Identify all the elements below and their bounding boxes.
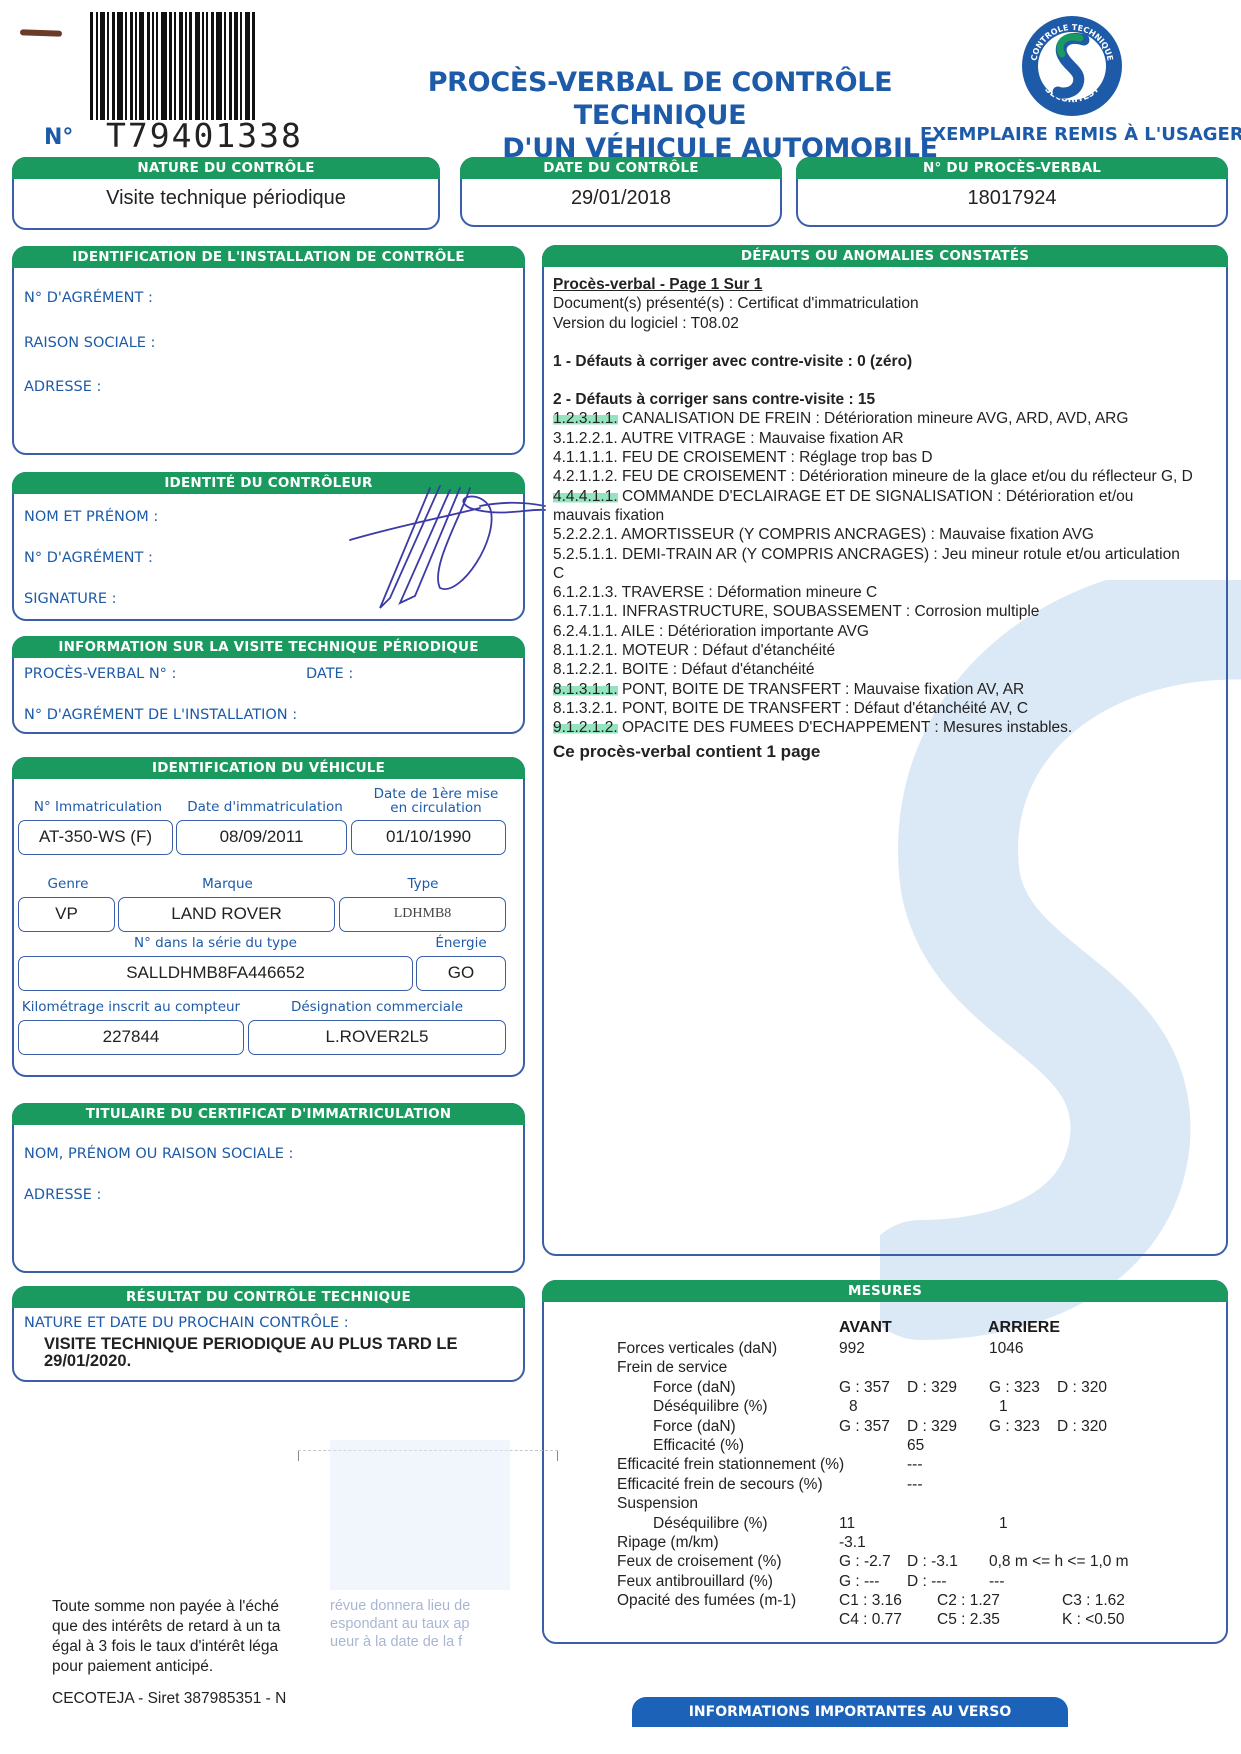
defect-text: TRAVERSE : Déformation mineure C: [618, 584, 878, 601]
defect-text: BOITE : Défaut d'étanchéité: [618, 661, 815, 678]
defauts-section1: 1 - Défauts à corriger avec contre-visit…: [553, 352, 1193, 371]
legal-line: pour paiement anticipé.: [52, 1657, 297, 1677]
designation-value: L.ROVER2L5: [248, 1020, 506, 1055]
defect-item: 9.1.2.1.2. OPACITE DES FUMEES D'ECHAPPEM…: [553, 718, 1193, 737]
defect-text: OPACITE DES FUMEES D'ECHAPPEMENT : Mesur…: [618, 719, 1073, 736]
mesures-value: C5 : 2.35: [937, 1610, 1000, 1629]
mesures-label: Force (daN): [653, 1378, 736, 1397]
mesures-label: Frein de service: [617, 1358, 727, 1377]
signature-icon: [330, 478, 550, 618]
defect-item: 6.1.2.1.3. TRAVERSE : Déformation mineur…: [553, 583, 1193, 602]
mesures-col-avant: AVANT: [839, 1319, 892, 1337]
serie-label: N° dans la série du type: [18, 936, 413, 950]
defauts-content: Procès-verbal - Page 1 Sur 1 Document(s)…: [553, 275, 1193, 761]
defavorable-pv-label: PROCÈS-VERBAL N° :: [24, 666, 176, 682]
prochain-controle-label: NATURE ET DATE DU PROCHAIN CONTRÔLE :: [24, 1315, 349, 1331]
defect-code: 5.2.2.2.1.: [553, 526, 618, 543]
mesures-value: 11: [839, 1514, 855, 1533]
mesures-label: Feux antibrouillard (%): [617, 1572, 773, 1591]
mesures-value: D : -3.1: [907, 1552, 958, 1571]
mesures-value: K : <0.50: [1062, 1610, 1124, 1629]
mesures-label: Efficacité frein de secours (%): [617, 1475, 823, 1494]
defect-code: 4.1.1.1.1.: [553, 449, 618, 466]
pv-number-value: 18017924: [798, 187, 1226, 210]
mesures-value: 1046: [989, 1339, 1023, 1358]
faded-line: révue donnera lieu de: [330, 1597, 510, 1615]
genre-label: Genre: [18, 877, 118, 891]
defect-text: COMMANDE D'ECLAIRAGE ET DE SIGNALISATION…: [553, 488, 1133, 524]
defect-item: 8.1.3.1.1. PONT, BOITE DE TRANSFERT : Ma…: [553, 680, 1193, 699]
defect-code: 4.2.1.1.2.: [553, 468, 618, 485]
defavorable-agrement-label: N° D'AGRÉMENT DE L'INSTALLATION :: [24, 707, 297, 723]
mesures-value: C4 : 0.77: [839, 1610, 902, 1629]
type-label: Type: [340, 877, 506, 891]
defect-code: 6.1.2.1.3.: [553, 584, 618, 601]
legal-notice: Toute somme non payée à l'échéque des in…: [52, 1597, 297, 1709]
verso-banner: INFORMATIONS IMPORTANTES AU VERSO: [632, 1697, 1068, 1727]
energie-label: Énergie: [416, 936, 506, 950]
defect-list: 1.2.3.1.1. CANALISATION DE FREIN : Détér…: [553, 409, 1193, 737]
defect-item: 6.2.4.1.1. AILE : Détérioration importan…: [553, 622, 1193, 641]
mesures-value: ---: [907, 1455, 923, 1474]
mesures-value: D : 329: [907, 1417, 957, 1436]
mesures-value: D : 320: [1057, 1417, 1107, 1436]
nature-controle-value: Visite technique périodique: [14, 187, 438, 210]
mesures-value: G : 323: [989, 1378, 1040, 1397]
defavorable-date-label: DATE :: [306, 666, 353, 682]
defect-text: FEU DE CROISEMENT : Réglage trop bas D: [618, 449, 933, 466]
mesures-value: G : 357: [839, 1417, 890, 1436]
nature-controle-box: NATURE DU CONTRÔLE Visite technique péri…: [12, 157, 440, 230]
installation-header: IDENTIFICATION DE L'INSTALLATION DE CONT…: [12, 246, 525, 268]
kilometrage-label: Kilométrage inscrit au compteur: [18, 1000, 244, 1014]
defect-text: AMORTISSEUR (Y COMPRIS ANCRAGES) : Mauva…: [618, 526, 1094, 543]
pen-mark: [20, 29, 62, 36]
barcode: [90, 12, 312, 120]
mesures-value: 1: [999, 1514, 1008, 1533]
defect-text: CANALISATION DE FREIN : Détérioration mi…: [618, 410, 1129, 427]
adresse-label: ADRESSE :: [24, 379, 101, 395]
mesures-value: 0,8 m <= h <= 1,0 m: [989, 1552, 1129, 1571]
mesures-value: 8: [849, 1397, 858, 1416]
defect-text: AILE : Détérioration importante AVG: [618, 623, 869, 640]
defavorable-header: INFORMATION SUR LA VISITE TECHNIQUE PÉRI…: [12, 636, 525, 658]
nature-controle-header: NATURE DU CONTRÔLE: [12, 157, 440, 179]
mesures-label: Efficacité frein stationnement (%): [617, 1455, 844, 1474]
signature-label: SIGNATURE :: [24, 591, 117, 607]
mesures-value: C1 : 3.16: [839, 1591, 902, 1610]
defect-item: 8.1.2.2.1. BOITE : Défaut d'étanchéité: [553, 660, 1193, 679]
defect-text: FEU DE CROISEMENT : Détérioration mineur…: [618, 468, 1193, 485]
defect-code: 8.1.3.2.1.: [553, 700, 618, 717]
page-title: PROCÈS-VERBAL DE CONTRÔLE TECHNIQUE D'UN…: [340, 66, 980, 165]
defect-item: 4.2.1.1.2. FEU DE CROISEMENT : Détériora…: [553, 467, 1193, 486]
nom-prenom-label: NOM ET PRÉNOM :: [24, 509, 158, 525]
defect-code: 3.1.2.2.1.: [553, 430, 618, 447]
kilometrage-value: 227844: [18, 1020, 244, 1055]
mesures-header: MESURES: [542, 1280, 1228, 1302]
legal-line: que des intérêts de retard à un ta: [52, 1617, 297, 1637]
mesures-value: 65: [907, 1436, 924, 1455]
resultat-header: RÉSULTAT DU CONTRÔLE TECHNIQUE: [12, 1286, 525, 1308]
mesures-value: D : ---: [907, 1572, 947, 1591]
vehicule-header: IDENTIFICATION DU VÉHICULE: [12, 757, 525, 779]
premiere-mise-value: 01/10/1990: [351, 820, 506, 855]
date-controle-header: DATE DU CONTRÔLE: [460, 157, 782, 179]
mesures-value: ---: [989, 1572, 1005, 1591]
mesures-label: Force (daN): [653, 1417, 736, 1436]
immatriculation-value: AT-350-WS (F): [18, 820, 173, 855]
mesures-label: Efficacité (%): [653, 1436, 744, 1455]
mesures-value: C3 : 1.62: [1062, 1591, 1125, 1610]
mesures-value: 992: [839, 1339, 865, 1358]
mesures-value: D : 329: [907, 1378, 957, 1397]
defect-code: 6.2.4.1.1.: [553, 623, 618, 640]
energie-value: GO: [416, 956, 506, 991]
type-value: LDHMB8: [339, 897, 506, 932]
titulaire-adresse-label: ADRESSE :: [24, 1187, 101, 1203]
securitest-logo-icon: CONTROLE TECHNIQUE SECURITEST: [1018, 12, 1126, 120]
defauts-page: Procès-verbal - Page 1 Sur 1: [553, 275, 1193, 294]
mesures-label: Suspension: [617, 1494, 698, 1513]
defect-code: 8.1.3.1.1.: [553, 681, 618, 698]
defect-code: 9.1.2.1.2.: [553, 719, 618, 736]
designation-label: Désignation commerciale: [248, 1000, 506, 1014]
mesures-col-arriere: ARRIERE: [988, 1319, 1060, 1337]
mesures-value: C2 : 1.27: [937, 1591, 1000, 1610]
mesures-value: G : 323: [989, 1417, 1040, 1436]
defect-code: 6.1.7.1.1.: [553, 603, 618, 620]
date-controle-value: 29/01/2018: [462, 187, 780, 210]
defect-item: 4.1.1.1.1. FEU DE CROISEMENT : Réglage t…: [553, 448, 1193, 467]
mesures-value: -3.1: [839, 1533, 866, 1552]
immatriculation-label: N° Immatriculation: [18, 800, 178, 814]
mesures-label: Déséquilibre (%): [653, 1514, 768, 1533]
serie-value: SALLDHMB8FA446652: [18, 956, 413, 991]
serial-number: T79401338: [106, 116, 303, 155]
mesures-value: G : -2.7: [839, 1552, 891, 1571]
date-controle-box: DATE DU CONTRÔLE 29/01/2018: [460, 157, 782, 227]
date-immatriculation-value: 08/09/2011: [176, 820, 347, 855]
defauts-section2: 2 - Défauts à corriger sans contre-visit…: [553, 390, 1193, 409]
defauts-documents: Document(s) présenté(s) : Certificat d'i…: [553, 294, 1193, 313]
defect-item: 8.1.3.2.1. PONT, BOITE DE TRANSFERT : Dé…: [553, 699, 1193, 718]
defect-item: 1.2.3.1.1. CANALISATION DE FREIN : Détér…: [553, 409, 1193, 428]
defect-code: 1.2.3.1.1.: [553, 410, 618, 427]
defect-code: 8.1.1.2.1.: [553, 642, 618, 659]
defauts-version: Version du logiciel : T08.02: [553, 314, 1193, 333]
premiere-mise-label: Date de 1ère mise en circulation: [356, 787, 516, 815]
pv-number-header: N° DU PROCÈS-VERBAL: [796, 157, 1228, 179]
defect-text: MOTEUR : Défaut d'étanchéité: [618, 642, 835, 659]
marque-value: LAND ROVER: [118, 897, 335, 932]
mesures-value: 1: [999, 1397, 1008, 1416]
faded-line: espondant au taux ap: [330, 1615, 510, 1633]
installation-agrement-label: N° D'AGRÉMENT :: [24, 290, 153, 306]
defect-text: DEMI-TRAIN AR (Y COMPRIS ANCRAGES) : Jeu…: [553, 546, 1180, 582]
defauts-header: DÉFAUTS OU ANOMALIES CONSTATÉS: [542, 245, 1228, 267]
defect-item: 6.1.7.1.1. INFRASTRUCTURE, SOUBASSEMENT …: [553, 602, 1193, 621]
defect-code: 8.1.2.2.1.: [553, 661, 618, 678]
defect-item: 3.1.2.2.1. AUTRE VITRAGE : Mauvaise fixa…: [553, 429, 1193, 448]
prochain-controle-value: VISITE TECHNIQUE PERIODIQUE AU PLUS TARD…: [44, 1336, 457, 1370]
titulaire-nom-label: NOM, PRÉNOM OU RAISON SOCIALE :: [24, 1146, 293, 1162]
controleur-agrement-label: N° D'AGRÉMENT :: [24, 550, 153, 566]
pv-number-box: N° DU PROCÈS-VERBAL 18017924: [796, 157, 1228, 227]
defect-text: INFRASTRUCTURE, SOUBASSEMENT : Corrosion…: [618, 603, 1040, 620]
defauts-closing: Ce procès-verbal contient 1 page: [553, 742, 1193, 761]
date-immatriculation-label: Date d'immatriculation: [180, 800, 350, 814]
defect-code: 4.4.4.1.1.: [553, 488, 618, 505]
faded-stamp: [330, 1440, 510, 1590]
mesures-value: ---: [907, 1475, 923, 1494]
defect-item: 5.2.5.1.1. DEMI-TRAIN AR (Y COMPRIS ANCR…: [553, 545, 1193, 584]
siret-line: CECOTEJA - Siret 387985351 - N: [52, 1689, 297, 1709]
genre-value: VP: [18, 897, 115, 932]
titulaire-header: TITULAIRE DU CERTIFICAT D'IMMATRICULATIO…: [12, 1103, 525, 1125]
marque-label: Marque: [120, 877, 335, 891]
mesures-label: Ripage (m/km): [617, 1533, 719, 1552]
mesures-value: D : 320: [1057, 1378, 1107, 1397]
faded-line: ueur à la date de la f: [330, 1633, 510, 1651]
serial-prefix: N°: [44, 125, 73, 150]
defect-item: 5.2.2.2.1. AMORTISSEUR (Y COMPRIS ANCRAG…: [553, 525, 1193, 544]
defect-item: 8.1.1.2.1. MOTEUR : Défaut d'étanchéité: [553, 641, 1193, 660]
defect-item: 4.4.4.1.1. COMMANDE D'ECLAIRAGE ET DE SI…: [553, 487, 1193, 526]
faded-notice: révue donnera lieu deespondant au taux a…: [330, 1597, 510, 1651]
legal-line: Toute somme non payée à l'éché: [52, 1597, 297, 1617]
defect-code: 5.2.5.1.1.: [553, 546, 618, 563]
mesures-value: G : ---: [839, 1572, 879, 1591]
mesures-label: Déséquilibre (%): [653, 1397, 768, 1416]
legal-line: égal à 3 fois le taux d'intérêt léga: [52, 1637, 297, 1657]
mesures-label: Forces verticales (daN): [617, 1339, 777, 1358]
defect-text: PONT, BOITE DE TRANSFERT : Mauvaise fixa…: [618, 681, 1025, 698]
mesures-value: G : 357: [839, 1378, 890, 1397]
raison-sociale-label: RAISON SOCIALE :: [24, 335, 155, 351]
mesures-label: Opacité des fumées (m-1): [617, 1591, 796, 1610]
defect-text: PONT, BOITE DE TRANSFERT : Défaut d'étan…: [618, 700, 1028, 717]
mesures-label: Feux de croisement (%): [617, 1552, 782, 1571]
copy-label: EXEMPLAIRE REMIS À L'USAGER: [920, 124, 1241, 145]
defect-text: AUTRE VITRAGE : Mauvaise fixation AR: [618, 430, 904, 447]
